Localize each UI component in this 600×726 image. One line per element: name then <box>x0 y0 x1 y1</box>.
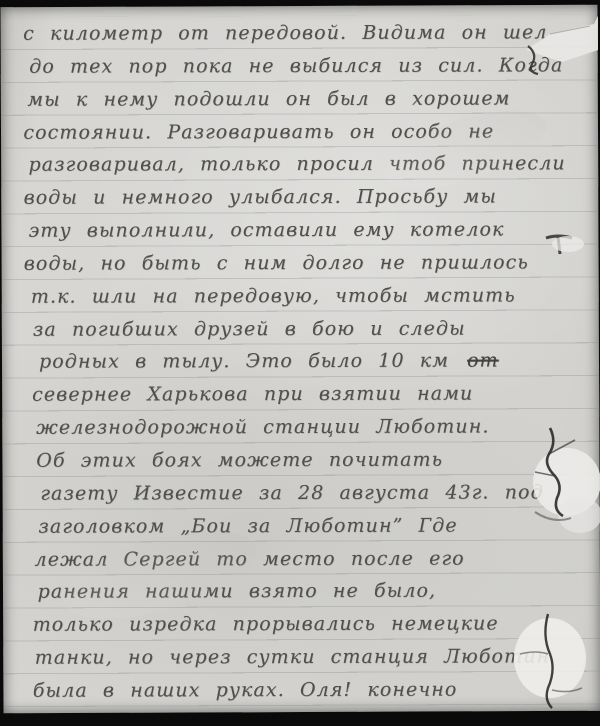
handwritten-text: состоянии. Разговаривать он особо не <box>23 120 494 143</box>
handwritten-text: газету Известие за 28 августа 43г. под <box>40 481 543 504</box>
handwritten-line: лежал Сергей то место после его <box>34 542 596 576</box>
handwritten-text: была в наших руках. Оля! конечно <box>33 678 458 701</box>
handwritten-line: воды, но быть с ним долго не пришлось <box>24 246 596 280</box>
handwritten-text: воды и немного улыбался. Просьбу мы <box>24 186 497 209</box>
handwritten-text: с километр от передовой. Видима он шел <box>23 21 547 44</box>
handwritten-line: до тех пор пока не выбился из сил. Когда <box>29 49 595 83</box>
handwritten-text: родных в тылу. Это было 10 км <box>39 350 449 373</box>
handwritten-line: газету Известие за 28 августа 43г. под <box>40 476 596 510</box>
handwritten-line: мы к нему подошли он был в хорошем <box>27 82 595 116</box>
handwritten-line: воды и немного улыбался. Просьбу мы <box>24 180 596 214</box>
handwritten-text: за погибших друзей в бою и следы <box>33 317 466 340</box>
handwritten-text: до тех пор пока не выбился из сил. Когда <box>29 54 563 77</box>
handwritten-text: только изредка прорывались немецкие <box>33 613 499 636</box>
struck-out-word: от <box>467 350 499 372</box>
handwritten-line: только изредка прорывались немецкие <box>33 607 597 641</box>
handwritten-line: железнодорожной станции Люботин. <box>36 410 596 444</box>
handwritten-text: лежал Сергей то место после его <box>34 547 464 570</box>
handwritten-text: Об этих боях можете почитать <box>36 449 443 472</box>
handwritten-line: была в наших руках. Оля! конечно <box>33 673 597 707</box>
handwritten-text: железнодорожной станции Люботин. <box>36 416 489 439</box>
handwritten-text: воды, но быть с ним долго не пришлось <box>24 251 529 274</box>
handwritten-text: севернее Харькова при взятии нами <box>32 383 473 406</box>
handwritten-line: эту выполнили, оставили ему котелок <box>29 213 596 247</box>
handwritten-line: состоянии. Разговаривать он особо не <box>23 115 595 149</box>
handwritten-text: танки, но через сутки станция Люботин <box>35 645 550 668</box>
handwritten-text: мы к нему подошли он был в хорошем <box>27 87 510 110</box>
handwritten-line: т.к. шли на передовую, чтобы мстить <box>31 279 596 313</box>
handwritten-line: заголовком „Бои за Люботин” Где <box>38 509 596 543</box>
handwritten-line: танки, но через сутки станция Люботин <box>35 640 597 674</box>
handwritten-text: разговаривал, только просил чтоб принесл… <box>28 153 565 176</box>
handwritten-text: т.к. шли на передовую, чтобы мстить <box>31 284 516 307</box>
letter-body: с километр от передовой. Видима он шелдо… <box>0 5 600 726</box>
handwritten-line: с километр от передовой. Видима он шел <box>23 16 595 50</box>
handwritten-line: ранения нашими взято не было, <box>38 575 597 609</box>
handwritten-line: разговаривал, только просил чтоб принесл… <box>28 148 595 182</box>
handwritten-text: ранения нашими взято не было, <box>38 580 437 603</box>
handwritten-line: родных в тылу. Это было 10 кмот <box>39 345 596 379</box>
handwritten-text: эту выполнили, оставили ему котелок <box>29 219 505 242</box>
scanned-letter-page: с километр от передовой. Видима он шелдо… <box>0 0 600 726</box>
handwritten-line: за погибших друзей в бою и следы <box>33 312 596 346</box>
handwritten-text: заголовком „Бои за Люботин” Где <box>38 514 457 537</box>
handwritten-line: севернее Харькова при взятии нами <box>32 378 596 412</box>
handwritten-line: Об этих боях можете почитать <box>36 443 596 477</box>
